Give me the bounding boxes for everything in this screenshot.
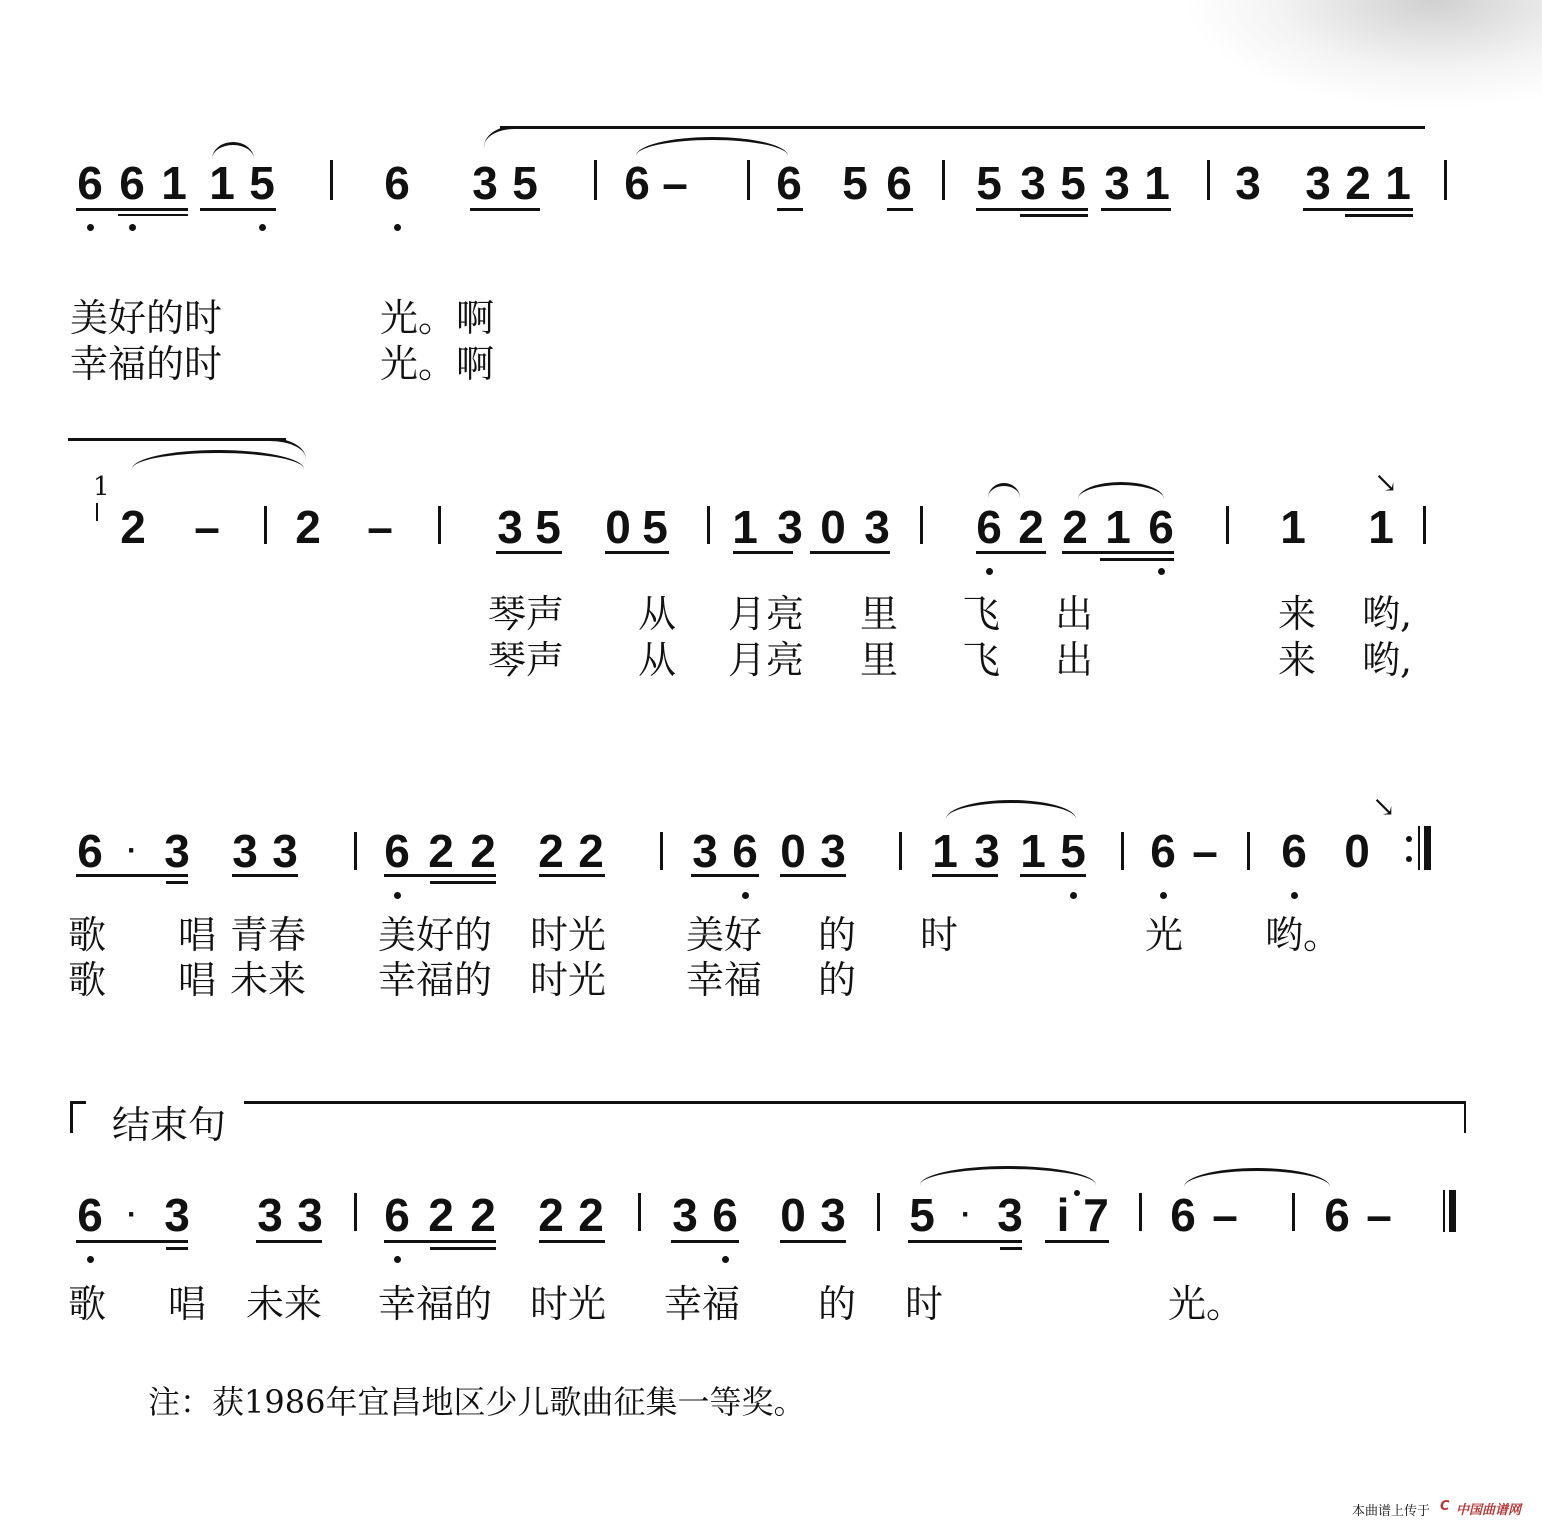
note-digit: 6: [1279, 828, 1309, 874]
note-digit: 2: [576, 1192, 606, 1238]
note-digit: 2: [293, 504, 323, 550]
barline: [942, 160, 945, 200]
lyric-word: 美好: [686, 913, 762, 957]
note-digit: 3: [162, 828, 192, 874]
octave-dot: [87, 224, 94, 231]
note-digit: 6: [884, 160, 914, 206]
note-digit: 2: [536, 1192, 566, 1238]
octave-dot: [129, 224, 136, 231]
lyric-word: 时光: [530, 1282, 606, 1326]
note-digit: 3: [995, 1192, 1025, 1238]
note-digit: 2: [468, 1192, 498, 1238]
note-digit: 6: [75, 828, 105, 874]
note-digit: i: [1048, 1192, 1078, 1238]
note-digit: 6: [1322, 1192, 1352, 1238]
note-digit: 2: [426, 1192, 456, 1238]
note-digit: ·: [117, 828, 147, 874]
lyric-word: 光。啊: [380, 296, 494, 340]
note-digit: 3: [470, 160, 500, 206]
note-digit: 1: [1383, 160, 1413, 206]
barline: [330, 160, 333, 200]
note-digit: 1: [1278, 504, 1308, 550]
lyric-word: 青春: [230, 913, 306, 957]
note-digit: 2: [1016, 504, 1046, 550]
lyric-word: 月亮: [728, 638, 804, 682]
note-digit: 3: [690, 828, 720, 874]
lyric-word: 月亮: [728, 592, 804, 636]
note-digit: 3: [862, 504, 892, 550]
lyric-word: 哟。: [1265, 913, 1341, 957]
note-digit: 6: [382, 828, 412, 874]
note-digit: 2: [1343, 160, 1373, 206]
sheet-music-page: 661156356–656535313321 美好的时光。啊幸福的时光。啊 1 …: [0, 0, 1542, 1522]
note-digit: –: [660, 160, 690, 206]
barline: [1444, 160, 1447, 200]
lyric-word: 唱: [178, 958, 216, 1002]
note-digit: 5: [533, 504, 563, 550]
note-digit: 6: [117, 160, 147, 206]
note-digit: –: [192, 504, 222, 550]
lyric-word: 里: [860, 592, 898, 636]
note-digit: 6: [974, 504, 1004, 550]
note-digit: 6: [774, 160, 804, 206]
note-digit: 5: [510, 160, 540, 206]
note-digit: 7: [1081, 1192, 1111, 1238]
note-digit: 1: [1142, 160, 1172, 206]
note-digit: 5: [247, 160, 277, 206]
note-digit: 1: [730, 504, 760, 550]
note-digit: 3: [670, 1192, 700, 1238]
turn-arrow-icon: ↘: [1372, 790, 1395, 823]
lyric-word: 幸福的: [378, 958, 492, 1002]
octave-dot: [87, 1256, 94, 1263]
note-digit: 1: [1366, 504, 1396, 550]
lyric-word: 从: [638, 638, 676, 682]
note-digit: –: [1190, 828, 1220, 874]
lyric-word: 飞: [962, 592, 1000, 636]
note-digit: 3: [230, 828, 260, 874]
lyric-word: 唱: [168, 1282, 206, 1326]
lyric-word: 来: [1278, 592, 1316, 636]
octave-dot: [1291, 892, 1298, 899]
note-digit: 3: [818, 1192, 848, 1238]
octave-dot: [722, 1256, 729, 1263]
octave-dot: [1160, 892, 1167, 899]
note-digit: 6: [382, 160, 412, 206]
lyric-word: 光。啊: [380, 342, 494, 386]
note-digit: 5: [640, 504, 670, 550]
note-digit: 3: [818, 828, 848, 874]
lyric-word: 琴声: [488, 638, 564, 682]
note-digit: 0: [1342, 828, 1372, 874]
lyric-word: 幸福的时: [70, 342, 222, 386]
note-digit: 0: [778, 1192, 808, 1238]
lyric-word: 幸福: [686, 958, 762, 1002]
note-digit: 3: [255, 1192, 285, 1238]
site-name[interactable]: 中国曲谱网: [1456, 1499, 1521, 1518]
lyric-word: 的: [818, 913, 856, 957]
volta-number: 1: [93, 472, 110, 502]
note-digit: 5: [1058, 160, 1088, 206]
footnote: 注：获1986年宜昌地区少儿歌曲征集一等奖。: [148, 1377, 805, 1423]
barline: [594, 160, 597, 200]
barline: [747, 160, 750, 200]
note-digit: 5: [840, 160, 870, 206]
lyric-word: 美好的时: [70, 296, 222, 340]
lyric-word: 里: [860, 638, 898, 682]
note-digit: 0: [603, 504, 633, 550]
note-digit: 1: [1018, 828, 1048, 874]
watermark-prefix: 本曲谱上传于: [1352, 1500, 1430, 1519]
lyric-word: 光: [1145, 913, 1183, 957]
note-digit: 6: [1168, 1192, 1198, 1238]
note-digit: –: [365, 504, 395, 550]
note-digit: 1: [159, 160, 189, 206]
note-digit: 6: [75, 1192, 105, 1238]
note-digit: –: [1364, 1192, 1394, 1238]
lyric-word: 的: [818, 1282, 856, 1326]
note-digit: 2: [118, 504, 148, 550]
lyric-word: 时光: [530, 913, 606, 957]
lyric-word: 时: [920, 913, 958, 957]
lyric-word: 的: [818, 958, 856, 1002]
note-digit: 5: [907, 1192, 937, 1238]
note-digit: 3: [1303, 160, 1333, 206]
note-digit: 6: [710, 1192, 740, 1238]
lyric-word: 光。: [1168, 1282, 1244, 1326]
note-digit: 2: [536, 828, 566, 874]
lyric-word: 歌: [68, 958, 106, 1002]
note-digit: ·: [117, 1192, 147, 1238]
note-digit: 3: [495, 504, 525, 550]
scan-speckle: [1182, 0, 1542, 110]
lyric-word: 从: [638, 592, 676, 636]
note-digit: 6: [1148, 828, 1178, 874]
note-digit: –: [1210, 1192, 1240, 1238]
turn-arrow-icon: ↘: [1374, 466, 1397, 499]
octave-dot: [1070, 892, 1077, 899]
lyric-word: 美好的: [378, 913, 492, 957]
octave-dot: [394, 1256, 401, 1263]
note-digit: ·: [951, 1192, 981, 1238]
lyric-word: 时光: [530, 958, 606, 1002]
lyric-word: 琴声: [488, 592, 564, 636]
octave-dot: [259, 224, 266, 231]
lyric-word: 出: [1055, 638, 1093, 682]
lyric-word: 幸福的: [378, 1282, 492, 1326]
site-logo-icon: C: [1440, 1499, 1450, 1514]
lyric-word: 幸福: [664, 1282, 740, 1326]
note-digit: 2: [1060, 504, 1090, 550]
note-digit: 6: [382, 1192, 412, 1238]
octave-dot: [742, 892, 749, 899]
lyric-word: 时: [905, 1282, 943, 1326]
note-digit: 3: [972, 828, 1002, 874]
octave-dot: [986, 568, 993, 575]
lyric-word: 哟,: [1362, 638, 1412, 682]
octave-dot: [394, 892, 401, 899]
note-digit: 3: [295, 1192, 325, 1238]
note-digit: 6: [75, 160, 105, 206]
lyric-word: 歌: [68, 1282, 106, 1326]
lyric-word: 唱: [178, 913, 216, 957]
note-digit: 1: [1103, 504, 1133, 550]
lyric-word: 未来: [246, 1282, 322, 1326]
lyric-word: 出: [1055, 592, 1093, 636]
lyric-word: 歌: [68, 913, 106, 957]
note-digit: 3: [162, 1192, 192, 1238]
note-digit: 2: [426, 828, 456, 874]
lyric-word: 未来: [230, 958, 306, 1002]
note-digit: 5: [974, 160, 1004, 206]
octave-dot: [1158, 568, 1165, 575]
note-digit: 3: [270, 828, 300, 874]
ending-label: 结束句: [112, 1094, 226, 1149]
note-digit: 6: [1146, 504, 1176, 550]
note-digit: 1: [930, 828, 960, 874]
note-digit: 2: [468, 828, 498, 874]
note-digit: 3: [1018, 160, 1048, 206]
note-digit: 6: [730, 828, 760, 874]
lyric-word: 飞: [962, 638, 1000, 682]
note-digit: 0: [818, 504, 848, 550]
note-digit: 2: [576, 828, 606, 874]
note-digit: 5: [1058, 828, 1088, 874]
note-digit: 6: [622, 160, 652, 206]
note-digit: 3: [1102, 160, 1132, 206]
barline: [1207, 160, 1210, 200]
lyric-word: 来: [1278, 638, 1316, 682]
note-digit: 3: [1233, 160, 1263, 206]
note-digit: 3: [775, 504, 805, 550]
note-digit: 1: [207, 160, 237, 206]
octave-dot: [394, 224, 401, 231]
lyric-word: 哟,: [1362, 592, 1412, 636]
note-digit: 0: [778, 828, 808, 874]
